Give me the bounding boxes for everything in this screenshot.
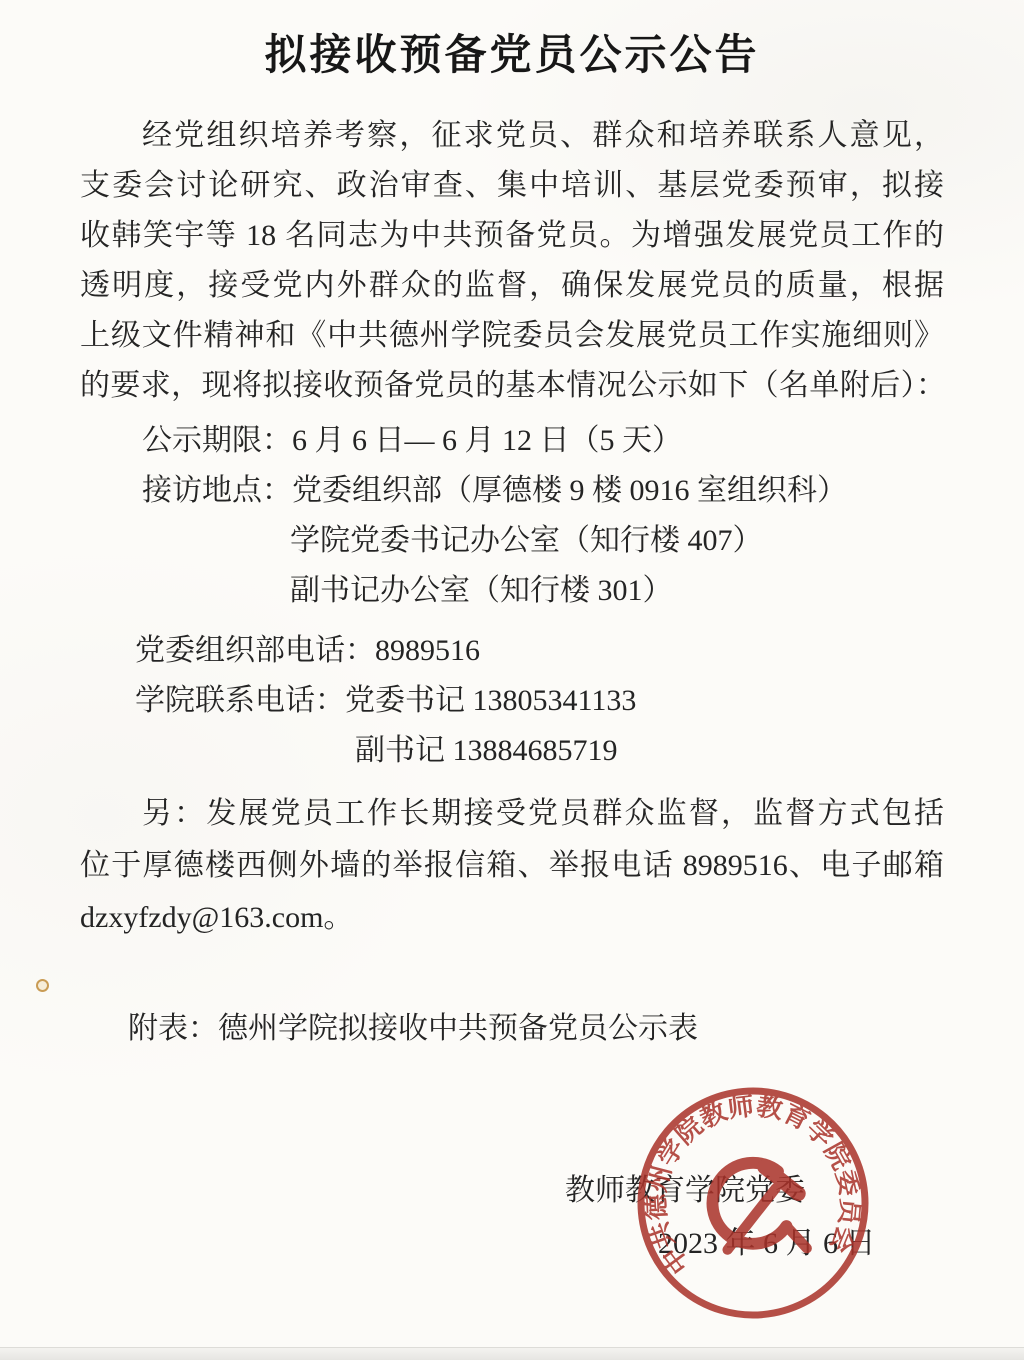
paragraph-line: dzxyfzdy@163.com。 <box>80 892 944 944</box>
paragraph-line: 位于厚德楼西侧外墙的举报信箱、举报电话 8989516、电子邮箱 <box>80 840 944 892</box>
paragraph-line: 收韩笑宇等 18 名同志为中共预备党员。为增强发展党员工作的 <box>80 211 944 261</box>
paragraph-line: 支委会讨论研究、政治审查、集中培训、基层党委预审，拟接 <box>80 161 944 211</box>
attachment-note: 附表：德州学院拟接收中共预备党员公示表 <box>80 1004 944 1054</box>
issue-date: 2023 年 6 月 6 日 <box>80 1219 944 1269</box>
scan-bottom-edge <box>0 1347 1024 1360</box>
publicity-period: 公示期限：6 月 6 日— 6 月 12 日（5 天） <box>80 416 944 466</box>
paragraph-intro: 经党组织培养考察，征求党员、群众和培养联系人意见， 支委会讨论研究、政治审查、集… <box>80 111 944 411</box>
issuer-signature: 教师教育学院党委 <box>80 1166 944 1216</box>
org-dept-phone: 党委组织部电话：8989516 <box>80 626 944 676</box>
deputy-secretary-phone: 副书记 13884685719 <box>80 726 944 776</box>
page-title: 拟接收预备党员公示公告 <box>80 26 944 86</box>
office-location-2: 副书记办公室（知行楼 301） <box>80 566 944 616</box>
paragraph-line: 另：发展党员工作长期接受党员群众监督，监督方式包括 <box>80 788 944 840</box>
visit-location: 接访地点：党委组织部（厚德楼 9 楼 0916 室组织科） <box>80 466 944 516</box>
info-section: 公示期限：6 月 6 日— 6 月 12 日（5 天） 接访地点：党委组织部（厚… <box>80 416 944 776</box>
office-location-1: 学院党委书记办公室（知行楼 407） <box>80 516 944 566</box>
paragraph-line: 的要求，现将拟接收预备党员的基本情况公示如下（名单附后）： <box>80 361 944 411</box>
paper-blemish <box>36 979 49 992</box>
college-contact-phone: 学院联系电话：党委书记 13805341133 <box>80 676 944 726</box>
document-body: 拟接收预备党员公示公告 经党组织培养考察，征求党员、群众和培养联系人意见， 支委… <box>80 0 944 1269</box>
scanned-announcement-page: 拟接收预备党员公示公告 经党组织培养考察，征求党员、群众和培养联系人意见， 支委… <box>0 0 1024 1360</box>
paragraph-supervision: 另：发展党员工作长期接受党员群众监督，监督方式包括 位于厚德楼西侧外墙的举报信箱… <box>80 788 944 944</box>
paragraph-line: 透明度，接受党内外群众的监督，确保发展党员的质量，根据 <box>80 261 944 311</box>
paragraph-line: 上级文件精神和《中共德州学院委员会发展党员工作实施细则》 <box>80 311 944 361</box>
paragraph-line: 经党组织培养考察，征求党员、群众和培养联系人意见， <box>80 111 944 161</box>
